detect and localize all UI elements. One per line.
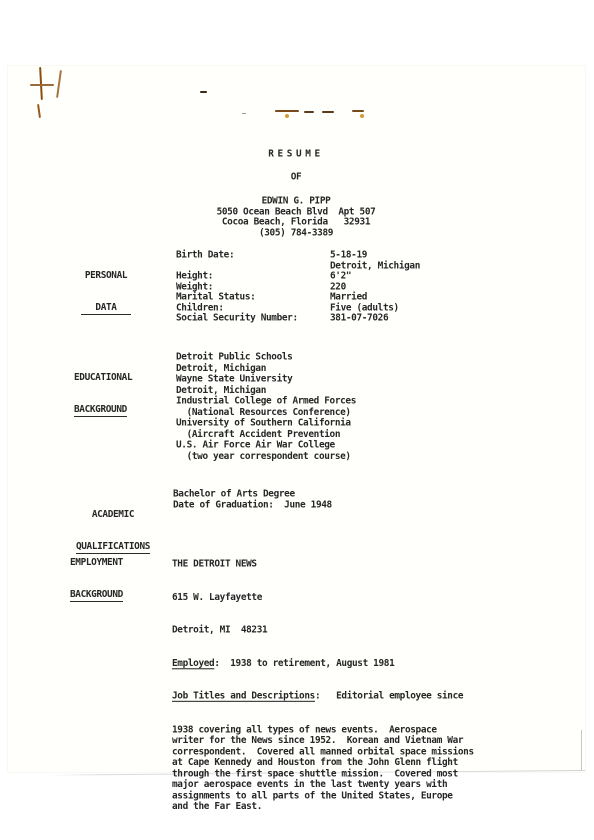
- graduation-date: Date of Graduation: June 1948: [173, 500, 332, 511]
- employer-name: THE DETROIT NEWS: [172, 559, 474, 570]
- education-entry: University of Southern California: [176, 418, 356, 429]
- heading-line-underlined: BACKGROUND: [74, 405, 127, 418]
- resume-of: OF: [196, 172, 396, 183]
- heading-line: EDUCATIONAL: [74, 373, 132, 384]
- education-entry: (two year correspondent course): [176, 451, 356, 462]
- description-line: writer for the News since 1952. Korean a…: [172, 735, 474, 746]
- education-entry: Wayne State University: [176, 374, 356, 385]
- education-entry: Industrial College of Armed Forces: [176, 396, 356, 407]
- heading-line: PERSONAL: [74, 271, 138, 282]
- section-heading-personal: PERSONAL DATA: [74, 250, 138, 334]
- description-line: major aerospace events in the last twent…: [172, 780, 474, 791]
- employed-label: Employed: [172, 657, 214, 669]
- employer-street: 615 W. Layfayette: [172, 592, 474, 603]
- heading-line: EMPLOYMENT: [70, 558, 123, 569]
- description-line: and the Far East.: [172, 802, 474, 813]
- field-label: Birth Date:: [176, 250, 234, 261]
- heading-line: ACADEMIC: [70, 510, 156, 521]
- field-value: 381-07-7026: [330, 313, 388, 324]
- description-line: at Cape Kennedy and Houston from the Joh…: [172, 758, 474, 769]
- field-label: Social Security Number:: [176, 313, 298, 324]
- employed-value: : 1938 to retirement, August 1981: [214, 657, 394, 669]
- education-entry: U.S. Air Force Air War College: [176, 440, 356, 451]
- employer-city: Detroit, MI 48231: [172, 625, 474, 636]
- section-heading-employment: EMPLOYMENT BACKGROUND: [70, 537, 123, 621]
- resume-title: RESUME: [196, 149, 396, 160]
- education-list: Detroit Public SchoolsDetroit, MichiganW…: [176, 352, 356, 462]
- phone-number: (305) 784-3389: [196, 228, 396, 239]
- job-titles-first: : Editorial employee since: [315, 690, 463, 702]
- employed-line: Employed: 1938 to retirement, August 198…: [172, 658, 474, 669]
- education-entry: Detroit Public Schools: [176, 352, 356, 363]
- page-right-edge: [581, 730, 582, 770]
- job-titles-label: Job Titles and Descriptions: [172, 690, 315, 702]
- job-description: 1938 covering all types of news events. …: [172, 724, 474, 812]
- heading-line-underlined: BACKGROUND: [70, 590, 123, 603]
- job-titles-line: Job Titles and Descriptions: Editorial e…: [172, 691, 474, 702]
- employer-block: THE DETROIT NEWS 615 W. Layfayette Detro…: [172, 537, 474, 835]
- heading-line-underlined: DATA: [81, 303, 130, 316]
- section-heading-education: EDUCATIONAL BACKGROUND: [74, 352, 132, 436]
